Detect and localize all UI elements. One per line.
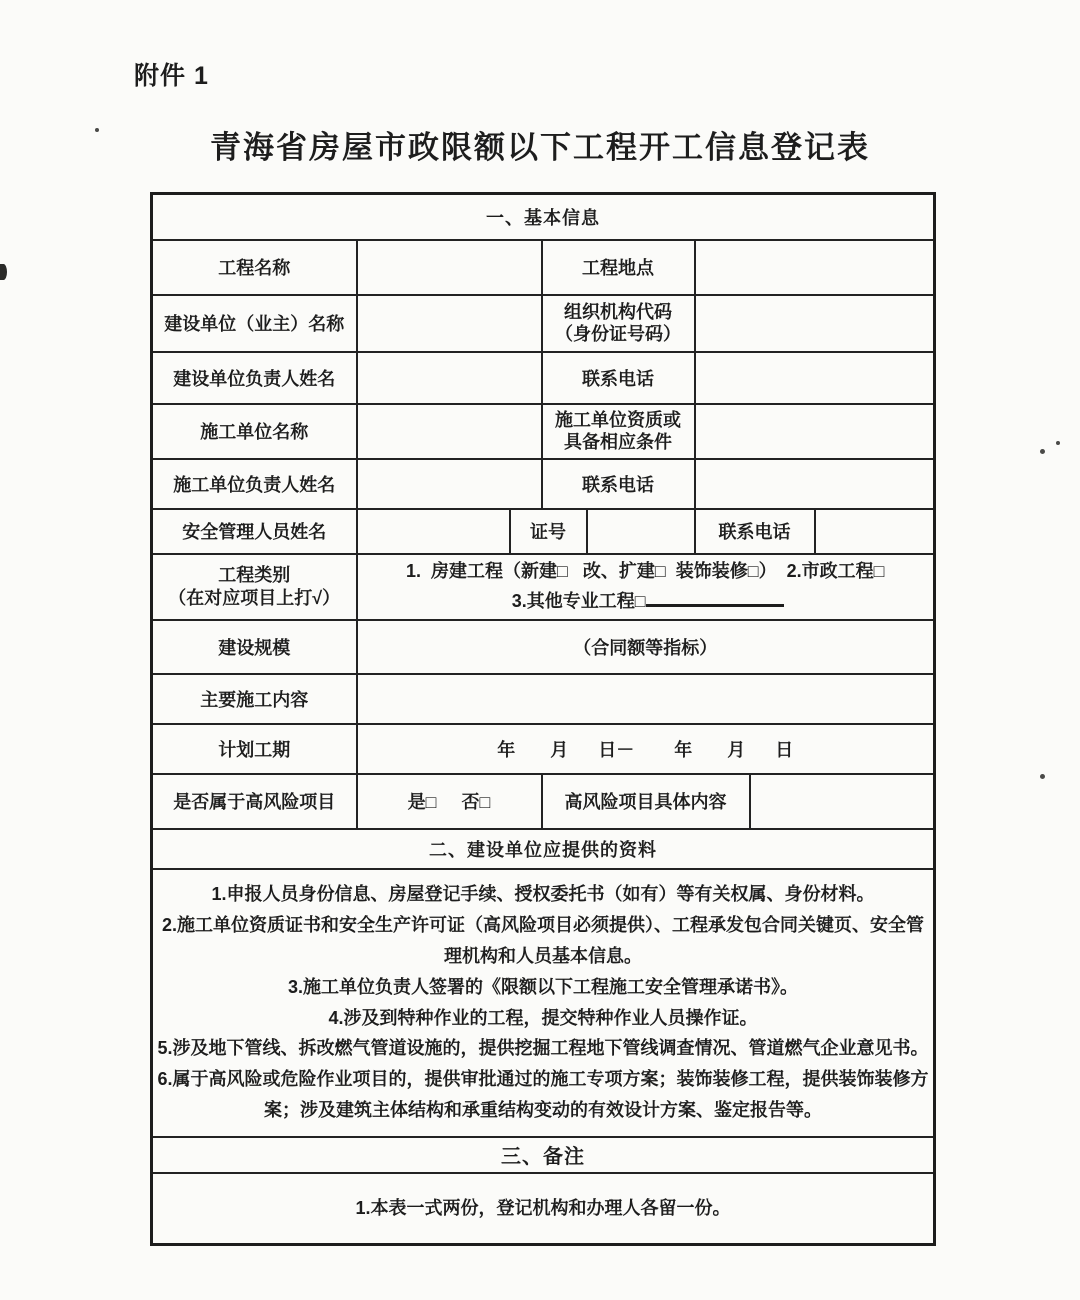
owner-phone-value-cell <box>695 352 935 404</box>
risk-detail-label: 高风险项目具体内容 <box>542 774 750 829</box>
owner-phone-label: 联系电话 <box>542 352 695 404</box>
risk-detail-value-cell <box>750 774 935 829</box>
contractor-phone-label: 联系电话 <box>542 459 695 509</box>
contractor-qualification-value-cell <box>695 404 935 459</box>
materials-item: 3.施工单位负责人签署的《限额以下工程施工安全管理承诺书》。 <box>157 972 929 1003</box>
section-remarks-heading: 三、备注 <box>152 1137 935 1173</box>
section-basic-info-heading: 一、基本信息 <box>152 194 935 240</box>
project-name-label: 工程名称 <box>152 240 357 295</box>
org-code-label: 组织机构代码 （身份证号码） <box>542 295 695 352</box>
contractor-phone-value-cell <box>695 459 935 509</box>
project-location-label: 工程地点 <box>542 240 695 295</box>
materials-item: 6.属于高风险或危险作业项目的，提供审批通过的施工专项方案；装饰装修工程，提供装… <box>157 1064 929 1126</box>
scanned-form-page: 附件 1 青海省房屋市政限额以下工程开工信息登记表 一、基本信息 工程名称 工程… <box>0 0 1080 1300</box>
blank-underline <box>646 591 784 607</box>
materials-item: 1.申报人员身份信息、房屋登记手续、授权委托书（如有）等有关权属、身份材料。 <box>157 879 929 910</box>
owner-name-label: 建设单位（业主）名称 <box>152 295 357 352</box>
scale-label: 建设规模 <box>152 620 357 674</box>
category-label: 工程类别 （在对应项目上打√） <box>152 554 357 620</box>
owner-manager-label: 建设单位负责人姓名 <box>152 352 357 404</box>
section-materials-heading: 二、建设单位应提供的资料 <box>152 829 935 869</box>
contractor-manager-label: 施工单位负责人姓名 <box>152 459 357 509</box>
cert-no-label: 证号 <box>510 509 587 554</box>
registration-form-table: 一、基本信息 工程名称 工程地点 建设单位（业主）名称 组织机构代码 （身份证号… <box>150 192 936 1246</box>
scan-speck <box>1040 774 1045 779</box>
materials-item: 2.施工单位资质证书和安全生产许可证（高风险项目必须提供）、工程承发包合同关键页… <box>157 910 929 972</box>
schedule-label: 计划工期 <box>152 724 357 774</box>
risk-label: 是否属于高风险项目 <box>152 774 357 829</box>
risk-options-cell: 是□ 否□ <box>357 774 542 829</box>
remarks-cell: 1.本表一式两份，登记机构和办理人各留一份。 <box>152 1173 935 1245</box>
project-location-value-cell <box>695 240 935 295</box>
contractor-name-value-cell <box>357 404 542 459</box>
project-name-value-cell <box>357 240 542 295</box>
scan-edge-mark <box>0 264 7 280</box>
contractor-qualification-label: 施工单位资质或 具备相应条件 <box>542 404 695 459</box>
scale-hint: （合同额等指标） <box>573 638 717 658</box>
category-options-line2: 3.其他专业工程□ <box>507 591 646 611</box>
category-options-line1: 1. 房建工程（新建□ 改、扩建□ 装饰装修□） 2.市政工程□ <box>406 561 885 581</box>
materials-item: 5.涉及地下管线、拆改燃气管道设施的，提供挖掘工程地下管线调查情况、管道燃气企业… <box>157 1033 929 1064</box>
schedule-value-cell: 年 月 日－ 年 月 日 <box>357 724 935 774</box>
safety-person-value-cell <box>357 509 510 554</box>
attachment-label: 附件 1 <box>134 56 209 92</box>
remark-item: 1.本表一式两份，登记机构和办理人各留一份。 <box>157 1193 929 1224</box>
org-code-value-cell <box>695 295 935 352</box>
main-content-value-cell <box>357 674 935 724</box>
safety-person-label: 安全管理人员姓名 <box>152 509 357 554</box>
owner-manager-value-cell <box>357 352 542 404</box>
scan-speck <box>1040 449 1045 454</box>
contractor-manager-value-cell <box>357 459 542 509</box>
contractor-name-label: 施工单位名称 <box>152 404 357 459</box>
materials-list-cell: 1.申报人员身份信息、房屋登记手续、授权委托书（如有）等有关权属、身份材料。 2… <box>152 869 935 1137</box>
safety-phone-value-cell <box>815 509 935 554</box>
scale-value-cell: （合同额等指标） <box>357 620 935 674</box>
category-options-cell: 1. 房建工程（新建□ 改、扩建□ 装饰装修□） 2.市政工程□ 3.其他专业工… <box>357 554 935 620</box>
scan-speck <box>1056 441 1060 445</box>
cert-no-value-cell <box>587 509 695 554</box>
safety-phone-label: 联系电话 <box>695 509 815 554</box>
owner-name-value-cell <box>357 295 542 352</box>
materials-item: 4.涉及到特种作业的工程，提交特种作业人员操作证。 <box>157 1003 929 1034</box>
document-title: 青海省房屋市政限额以下工程开工信息登记表 <box>0 122 1080 167</box>
main-content-label: 主要施工内容 <box>152 674 357 724</box>
